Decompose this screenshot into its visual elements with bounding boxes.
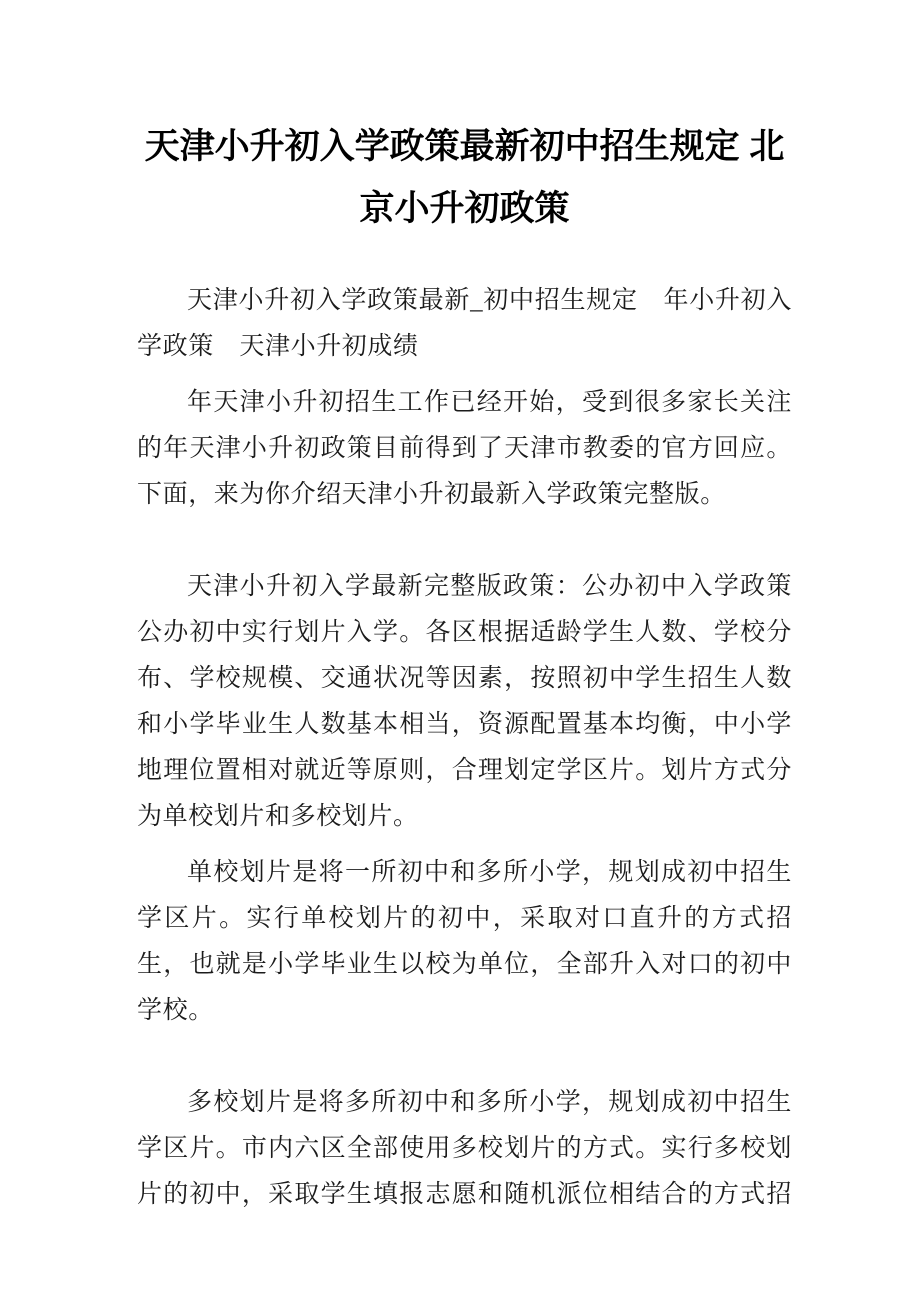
document-page: 天津小升初入学政策最新初中招生规定 北京小升初政策 天津小升初入学政策最新_初中… — [0, 0, 792, 1218]
paragraph-multi-school-zoning: 多校划片是将多所初中和多所小学，规划成初中招生学区片。市内六区全部使用多校划片的… — [137, 1080, 792, 1218]
document-title: 天津小升初入学政策最新初中招生规定 北京小升初政策 — [137, 116, 792, 240]
paragraph-keywords: 天津小升初入学政策最新_初中招生规定 年小升初入学政策 天津小升初成绩 — [137, 278, 792, 370]
paragraph-policy-overview: 天津小升初入学最新完整版政策：公办初中入学政策公办初中实行划片入学。各区根据适龄… — [137, 564, 792, 840]
paragraph-intro: 年天津小升初招生工作已经开始，受到很多家长关注的年天津小升初政策目前得到了天津市… — [137, 380, 792, 518]
paragraph-single-school-zoning: 单校划片是将一所初中和多所小学，规划成初中招生学区片。实行单校划片的初中，采取对… — [137, 850, 792, 1034]
